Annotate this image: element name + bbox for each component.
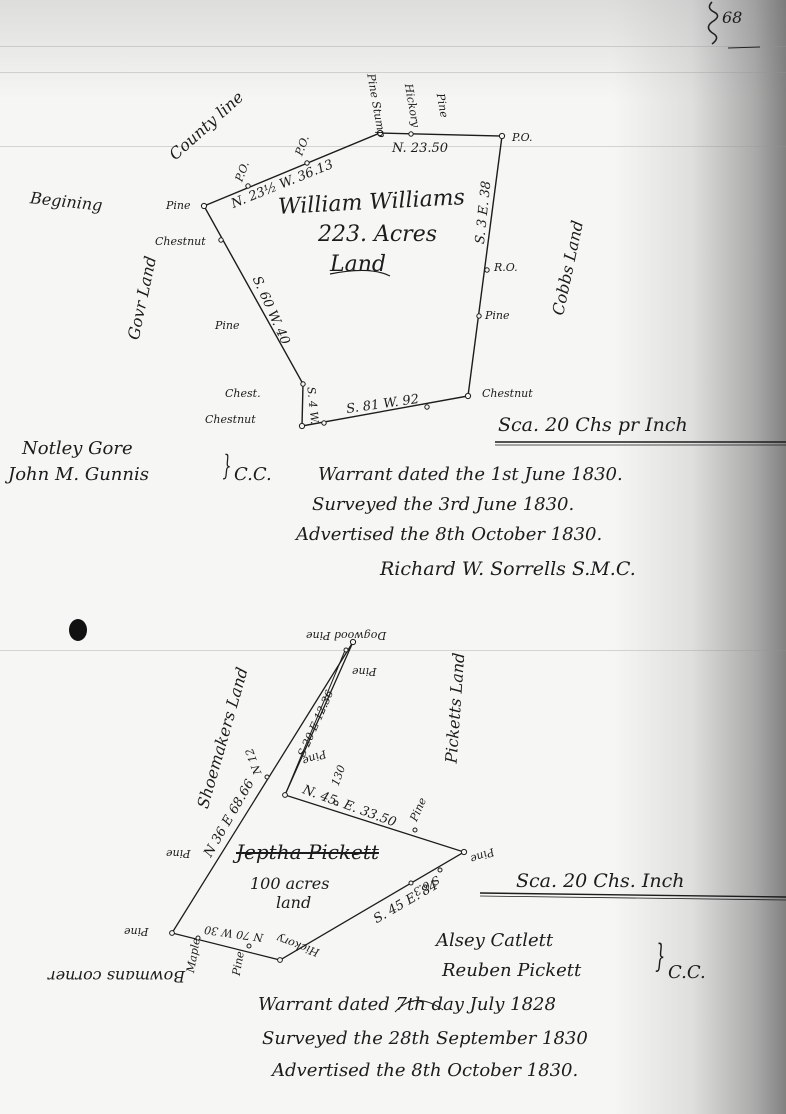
- survey-ledger-page: 68: [0, 0, 786, 1114]
- record1-brace-icon: }: [222, 452, 231, 480]
- record1-surveyed: Surveyed the 3rd June 1830.: [312, 496, 574, 514]
- plat1-corner-se: Chestnut: [482, 388, 533, 399]
- record2-advertised: Advertised the 8th October 1830.: [272, 1062, 578, 1080]
- record1-chain-carrier-1: Notley Gore: [22, 440, 133, 458]
- record1-cc-label: C.C.: [234, 466, 272, 484]
- record1-advertised: Advertised the 8th October 1830.: [296, 526, 602, 544]
- plat2-scale: Sca. 20 Chs. Inch: [516, 872, 685, 891]
- plat2-corner-top2: Pine: [352, 666, 377, 677]
- record2-surveyed: Surveyed the 28th September 1830: [262, 1030, 588, 1048]
- plat1-call-n: N. 23.50: [392, 142, 448, 155]
- plat1-scale: Sca. 20 Chs pr Inch: [498, 416, 688, 435]
- plat1-corner-e2: Pine: [485, 310, 510, 321]
- plat1-land-label: Land: [330, 254, 386, 276]
- record1-chain-carrier-2: John M. Gunnis: [8, 466, 149, 484]
- plat2-corner-west: Pine: [166, 848, 191, 859]
- plat1-corner-w1: Chestnut: [155, 236, 206, 247]
- plat1-corner-begin: Pine: [166, 200, 191, 211]
- plat2-owner-name: Jeptha Pickett: [236, 842, 379, 862]
- record2-cc-label: C.C.: [668, 964, 706, 982]
- plat1-acreage: 223. Acres: [318, 224, 437, 246]
- plat1-call-sw-short: S. 4 W.: [305, 386, 320, 424]
- plat1-corner-w2: Pine: [215, 320, 240, 331]
- record2-chain-carrier-1: Alsey Catlett: [436, 932, 553, 950]
- plat1-corner-sw2: Chestnut: [205, 414, 256, 425]
- record1-warrant: Warrant dated the 1st June 1830.: [318, 466, 623, 484]
- plat2-corner-sw: Pine: [124, 926, 149, 937]
- record2-warrant: Warrant dated 7th day July 1828: [258, 996, 556, 1014]
- record2-brace-icon: }: [655, 940, 665, 972]
- plat1-corner-e1: R.O.: [494, 262, 518, 273]
- plat2-acreage: 100 acres: [250, 876, 329, 892]
- plat1-corner-sw1: Chest.: [225, 388, 261, 399]
- plat-drawings: [0, 0, 786, 1114]
- record2-chain-carrier-2: Reuben Pickett: [442, 962, 581, 980]
- plat2-corner-top: Dogwood Pine: [306, 630, 386, 641]
- plat1-corner-ne: P.O.: [512, 132, 533, 143]
- record1-surveyor: Richard W. Sorrells S.M.C.: [380, 560, 636, 579]
- plat2-land-label: land: [276, 895, 311, 911]
- plat2-bowmans-corner-label: Bowmans corner: [48, 968, 185, 984]
